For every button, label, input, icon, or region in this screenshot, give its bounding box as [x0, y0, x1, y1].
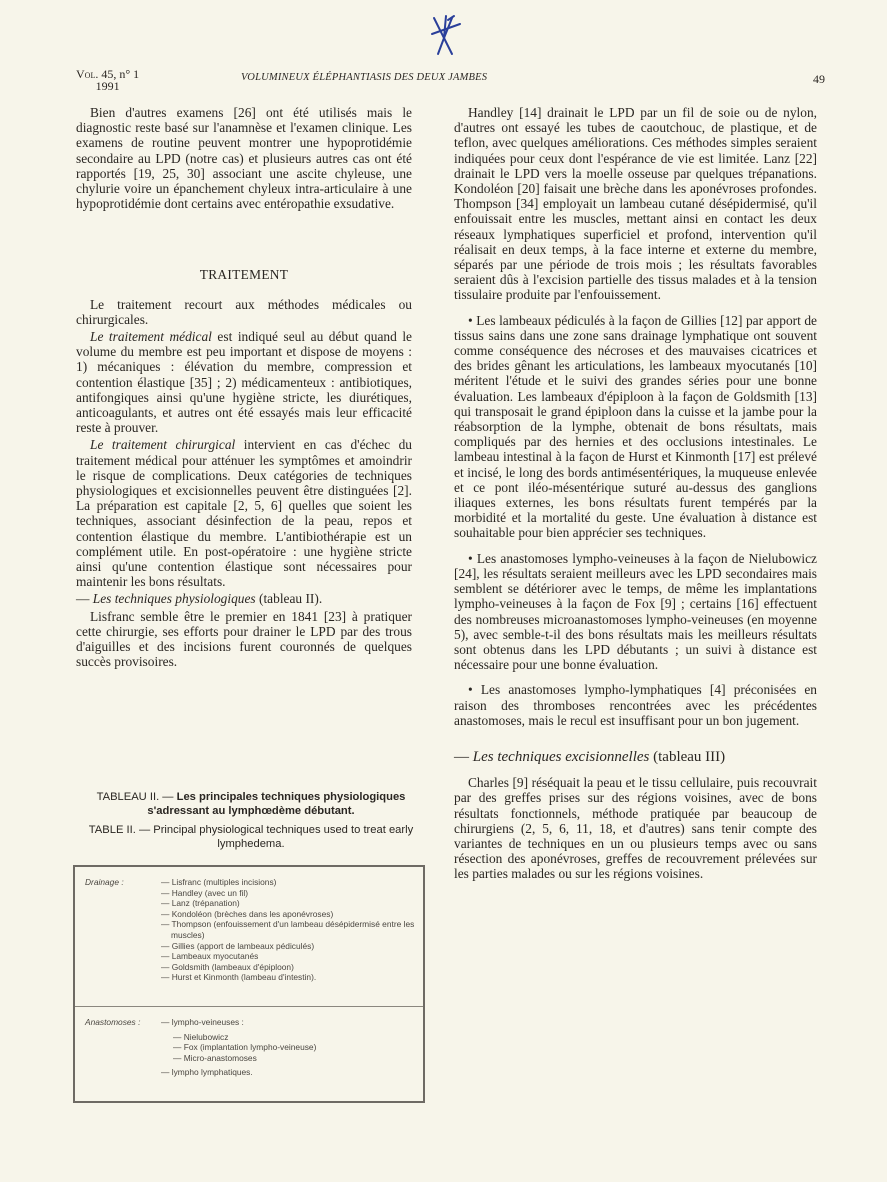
subheading-techniques-physiologiques: — Les techniques physiologiques (tableau…	[76, 591, 412, 606]
list-item: — Nielubowicz	[173, 1032, 415, 1043]
volume-prefix: Vol.	[76, 67, 98, 81]
drainage-label: Drainage :	[85, 877, 124, 888]
paragraph-traitement-intro: Le traitement recourt aux méthodes médic…	[76, 297, 412, 327]
list-item: — Lambeaux myocutanés	[161, 951, 415, 962]
drainage-list: — Lisfranc (multiples incisions) — Handl…	[161, 877, 415, 983]
table-section-drainage: Drainage : — Lisfranc (multiples incisio…	[75, 867, 423, 1007]
paragraph-handley: Handley [14] drainait le LPD par un fil …	[454, 105, 817, 303]
list-item: — Goldsmith (lambeaux d'épiploon)	[161, 962, 415, 973]
year: 1991	[76, 80, 139, 92]
list-item: — Fox (implantation lympho-veineuse)	[173, 1042, 415, 1053]
paragraph-charles: Charles [9] réséquait la peau et le tiss…	[454, 775, 817, 881]
list-item: — Kondoléon (brèches dans les aponévrose…	[161, 909, 415, 920]
list-item: — Handley (avec un fil)	[161, 888, 415, 899]
paragraph-lisfranc: Lisfranc semble être le premier en 1841 …	[76, 609, 412, 670]
table-caption: TABLEAU II. — Les principales techniques…	[76, 790, 426, 851]
list-item: — Lanz (trépanation)	[161, 898, 415, 909]
paragraph-anastomoses-lympho-veineuses: • Les anastomoses lympho-veineuses à la …	[454, 551, 817, 673]
running-header: Vol. 45, n° 1 1991 Volumineux éléphantia…	[76, 68, 825, 102]
list-item: — Micro-anastomoses	[173, 1053, 415, 1064]
right-column: Handley [14] drainait le LPD par un fil …	[454, 105, 817, 882]
anastomoses-label: Anastomoses :	[85, 1017, 140, 1028]
running-title: Volumineux éléphantiasis des deux jambes	[241, 72, 487, 83]
volume-info: Vol. 45, n° 1 1991	[76, 68, 139, 92]
anastomoses-list: — lympho-veineuses : — Nielubowicz — Fox…	[161, 1017, 415, 1078]
list-item: — Lisfranc (multiples incisions)	[161, 877, 415, 888]
table-caption-english: TABLE II. — Principal physiological tech…	[76, 823, 426, 851]
table-physiological-techniques: Drainage : — Lisfranc (multiples incisio…	[73, 865, 425, 1103]
handwritten-pen-mark-icon	[420, 10, 472, 58]
paragraph-diagnostic: Bien d'autres examens [26] ont été utili…	[76, 105, 412, 211]
list-item: — lympho lymphatiques.	[161, 1067, 415, 1078]
left-column: Bien d'autres examens [26] ont été utili…	[76, 105, 412, 670]
table-section-anastomoses: Anastomoses : — lympho-veineuses : — Nie…	[75, 1007, 423, 1086]
list-item: — Thompson (enfouissement d'un lambeau d…	[161, 919, 415, 940]
page-number: 49	[813, 72, 825, 87]
paragraph-anastomoses-lympho-lymphatiques: • Les anastomoses lympho-lymphatiques [4…	[454, 682, 817, 728]
subheading-techniques-excisionnelles: — Les techniques excisionnelles (tableau…	[454, 750, 817, 765]
term-traitement-medical: Le traitement médical	[90, 329, 212, 344]
paragraph-traitement-chirurgical: Le traitement chirurgical intervient en …	[76, 437, 412, 589]
list-item: — lympho-veineuses :	[161, 1017, 415, 1028]
list-item: — Gillies (apport de lambeaux pédiculés)	[161, 941, 415, 952]
section-title-traitement: TRAITEMENT	[76, 267, 412, 282]
table-caption-french: TABLEAU II. — Les principales techniques…	[76, 790, 426, 818]
paragraph-traitement-medical: Le traitement médical est indiqué seul a…	[76, 329, 412, 435]
term-traitement-chirurgical: Le traitement chirurgical	[90, 437, 235, 452]
list-item: — Hurst et Kinmonth (lambeau d'intestin)…	[161, 972, 415, 983]
paragraph-lambeaux: • Les lambeaux pédiculés à la façon de G…	[454, 313, 817, 541]
